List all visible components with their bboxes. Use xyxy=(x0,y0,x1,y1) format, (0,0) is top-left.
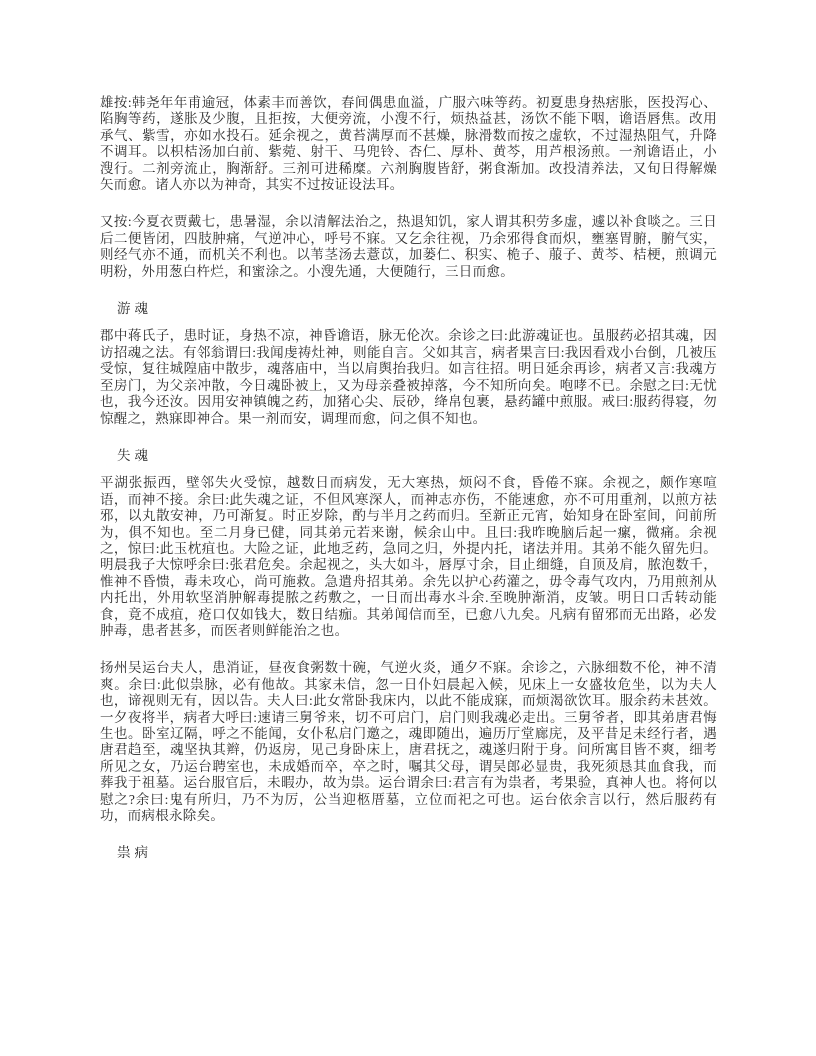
paragraph-zhang-zhen-xi-case: 平湖张振西，壁邻失火受惊，越数日而病发，无大寒热，烦闷不食，昏倦不寐。余视之，颇… xyxy=(100,475,717,639)
paragraph-wu-yun-tai-case: 扬州吴运台夫人，患消证，昼夜食粥数十碗，气逆火炎，通夕不寐。余诊之，六脉细数不伦… xyxy=(100,660,717,824)
paragraph-jiang-shi-zi-case: 郡中蒋氏子，患时证，身热不凉，神昏谵语，脉无伦次。余诊之曰:此游魂证也。虽服药必… xyxy=(100,328,717,426)
paragraph-you-an: 又按:今夏衣贾戴七，患暑湿，余以清解法治之，热退知饥，家人谓其积劳多虚，遽以补食… xyxy=(100,214,717,280)
section-heading-sui-bing: 祟 病 xyxy=(100,845,717,861)
section-heading-you-hun: 游 魂 xyxy=(100,301,717,317)
paragraph-xiong-an: 雄按:韩尧年年甫逾冠，体素丰而善饮，春间偶患血溢，广服六味等药。初夏患身热痞胀，… xyxy=(100,95,717,193)
document-page: 雄按:韩尧年年甫逾冠，体素丰而善饮，春间偶患血溢，广服六味等药。初夏患身热痞胀，… xyxy=(0,0,816,1056)
section-heading-shi-hun: 失 魂 xyxy=(100,448,717,464)
